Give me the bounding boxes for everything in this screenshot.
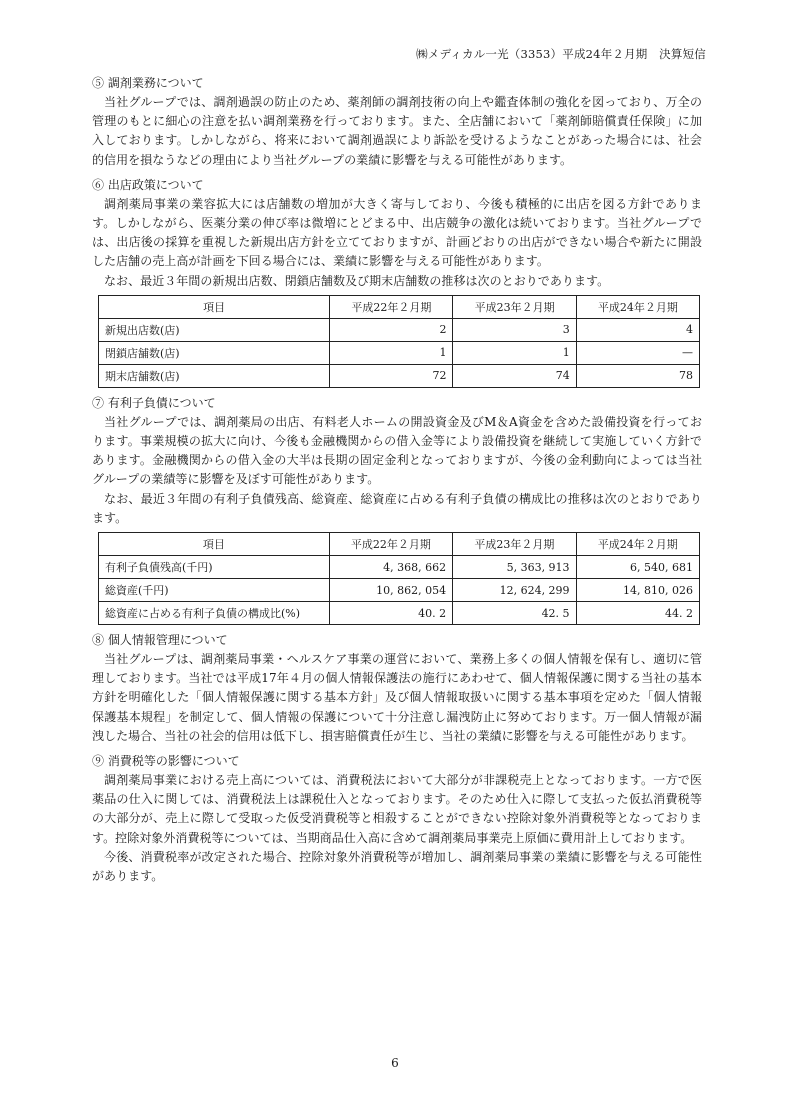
table-row: 有利子負債残高(千円) 4, 368, 662 5, 363, 913 6, 5… [99,556,700,579]
section-title: ⑥ 出店政策について [92,176,702,195]
table-row: 期末店舗数(店) 72 74 78 [99,364,700,387]
section-store-opening-policy: ⑥ 出店政策について 調剤薬局事業の業容拡大には店舗数の増加が大きく寄与しており… [92,176,702,388]
cell-value: 2 [330,318,453,341]
cell-value: 4, 368, 662 [329,556,452,579]
cell-value: 40. 2 [329,602,452,625]
page-number: 6 [0,1056,790,1070]
section-personal-information-management: ⑧ 個人情報管理について 当社グループは、調剤薬局事業・ヘルスケア事業の運営にお… [92,631,702,746]
paragraph: 当社グループでは、調剤過誤の防止のため、薬剤師の調剤技術の向上や鑑査体制の強化を… [92,93,702,170]
paragraph: なお、最近３年間の有利子負債残高、総資産、総資産に占める有利子負債の構成比の推移… [92,490,702,528]
row-label: 閉鎖店舗数(店) [99,341,330,364]
row-label: 総資産(千円) [99,579,330,602]
table-header-cell: 平成24年２月期 [576,295,699,318]
paragraph: 今後、消費税率が改定された場合、控除対象外消費税等が増加し、調剤薬局事業の業績に… [92,848,702,886]
cell-value: 10, 862, 054 [329,579,452,602]
table-header-cell: 平成24年２月期 [576,533,699,556]
cell-value: — [576,341,699,364]
cell-value: 1 [453,341,576,364]
table-header-cell: 平成23年２月期 [453,295,576,318]
paragraph: なお、最近３年間の新規出店数、閉鎖店舗数及び期末店舗数の推移は次のとおりでありま… [92,272,702,291]
paragraph: 当社グループは、調剤薬局事業・ヘルスケア事業の運営において、業務上多くの個人情報… [92,650,702,746]
table-header-cell: 項目 [99,533,330,556]
table-header-row: 項目 平成22年２月期 平成23年２月期 平成24年２月期 [99,533,700,556]
document-body: ⑤ 調剤業務について 当社グループでは、調剤過誤の防止のため、薬剤師の調剤技術の… [92,74,702,890]
section-title: ⑦ 有利子負債について [92,394,702,413]
section-title: ⑨ 消費税等の影響について [92,752,702,771]
paragraph: 当社グループでは、調剤薬局の出店、有料老人ホームの開設資金及びM＆A資金を含めた… [92,413,702,490]
row-label: 期末店舗数(店) [99,364,330,387]
section-consumption-tax-impact: ⑨ 消費税等の影響について 調剤薬局事業における売上高については、消費税法におい… [92,752,702,886]
row-label: 新規出店数(店) [99,318,330,341]
document-header: ㈱メディカル一光（3353）平成24年２月期 決算短信 [416,46,706,62]
cell-value: 74 [453,364,576,387]
cell-value: 78 [576,364,699,387]
cell-value: 4 [576,318,699,341]
row-label: 有利子負債残高(千円) [99,556,330,579]
cell-value: 12, 624, 299 [453,579,576,602]
section-title: ⑤ 調剤業務について [92,74,702,93]
debt-table: 項目 平成22年２月期 平成23年２月期 平成24年２月期 有利子負債残高(千円… [98,532,700,625]
cell-value: 5, 363, 913 [453,556,576,579]
section-interest-bearing-debt: ⑦ 有利子負債について 当社グループでは、調剤薬局の出店、有料老人ホームの開設資… [92,394,702,625]
paragraph: 調剤薬局事業の業容拡大には店舗数の増加が大きく寄与しており、今後も積極的に出店を… [92,195,702,272]
table-header-cell: 平成22年２月期 [330,295,453,318]
cell-value: 1 [330,341,453,364]
table-row: 新規出店数(店) 2 3 4 [99,318,700,341]
table-header-cell: 平成22年２月期 [329,533,452,556]
cell-value: 14, 810, 026 [576,579,699,602]
cell-value: 42. 5 [453,602,576,625]
table-header-row: 項目 平成22年２月期 平成23年２月期 平成24年２月期 [99,295,700,318]
section-title: ⑧ 個人情報管理について [92,631,702,650]
cell-value: 44. 2 [576,602,699,625]
row-label: 総資産に占める有利子負債の構成比(%) [99,602,330,625]
store-count-table: 項目 平成22年２月期 平成23年２月期 平成24年２月期 新規出店数(店) 2… [98,295,700,388]
cell-value: 72 [330,364,453,387]
cell-value: 6, 540, 681 [576,556,699,579]
table-header-cell: 平成23年２月期 [453,533,576,556]
table-header-cell: 項目 [99,295,330,318]
paragraph: 調剤薬局事業における売上高については、消費税法において大部分が非課税売上となって… [92,771,702,848]
table-row: 閉鎖店舗数(店) 1 1 — [99,341,700,364]
section-dispensing-operations: ⑤ 調剤業務について 当社グループでは、調剤過誤の防止のため、薬剤師の調剤技術の… [92,74,702,170]
table-row: 総資産(千円) 10, 862, 054 12, 624, 299 14, 81… [99,579,700,602]
table-row: 総資産に占める有利子負債の構成比(%) 40. 2 42. 5 44. 2 [99,602,700,625]
cell-value: 3 [453,318,576,341]
